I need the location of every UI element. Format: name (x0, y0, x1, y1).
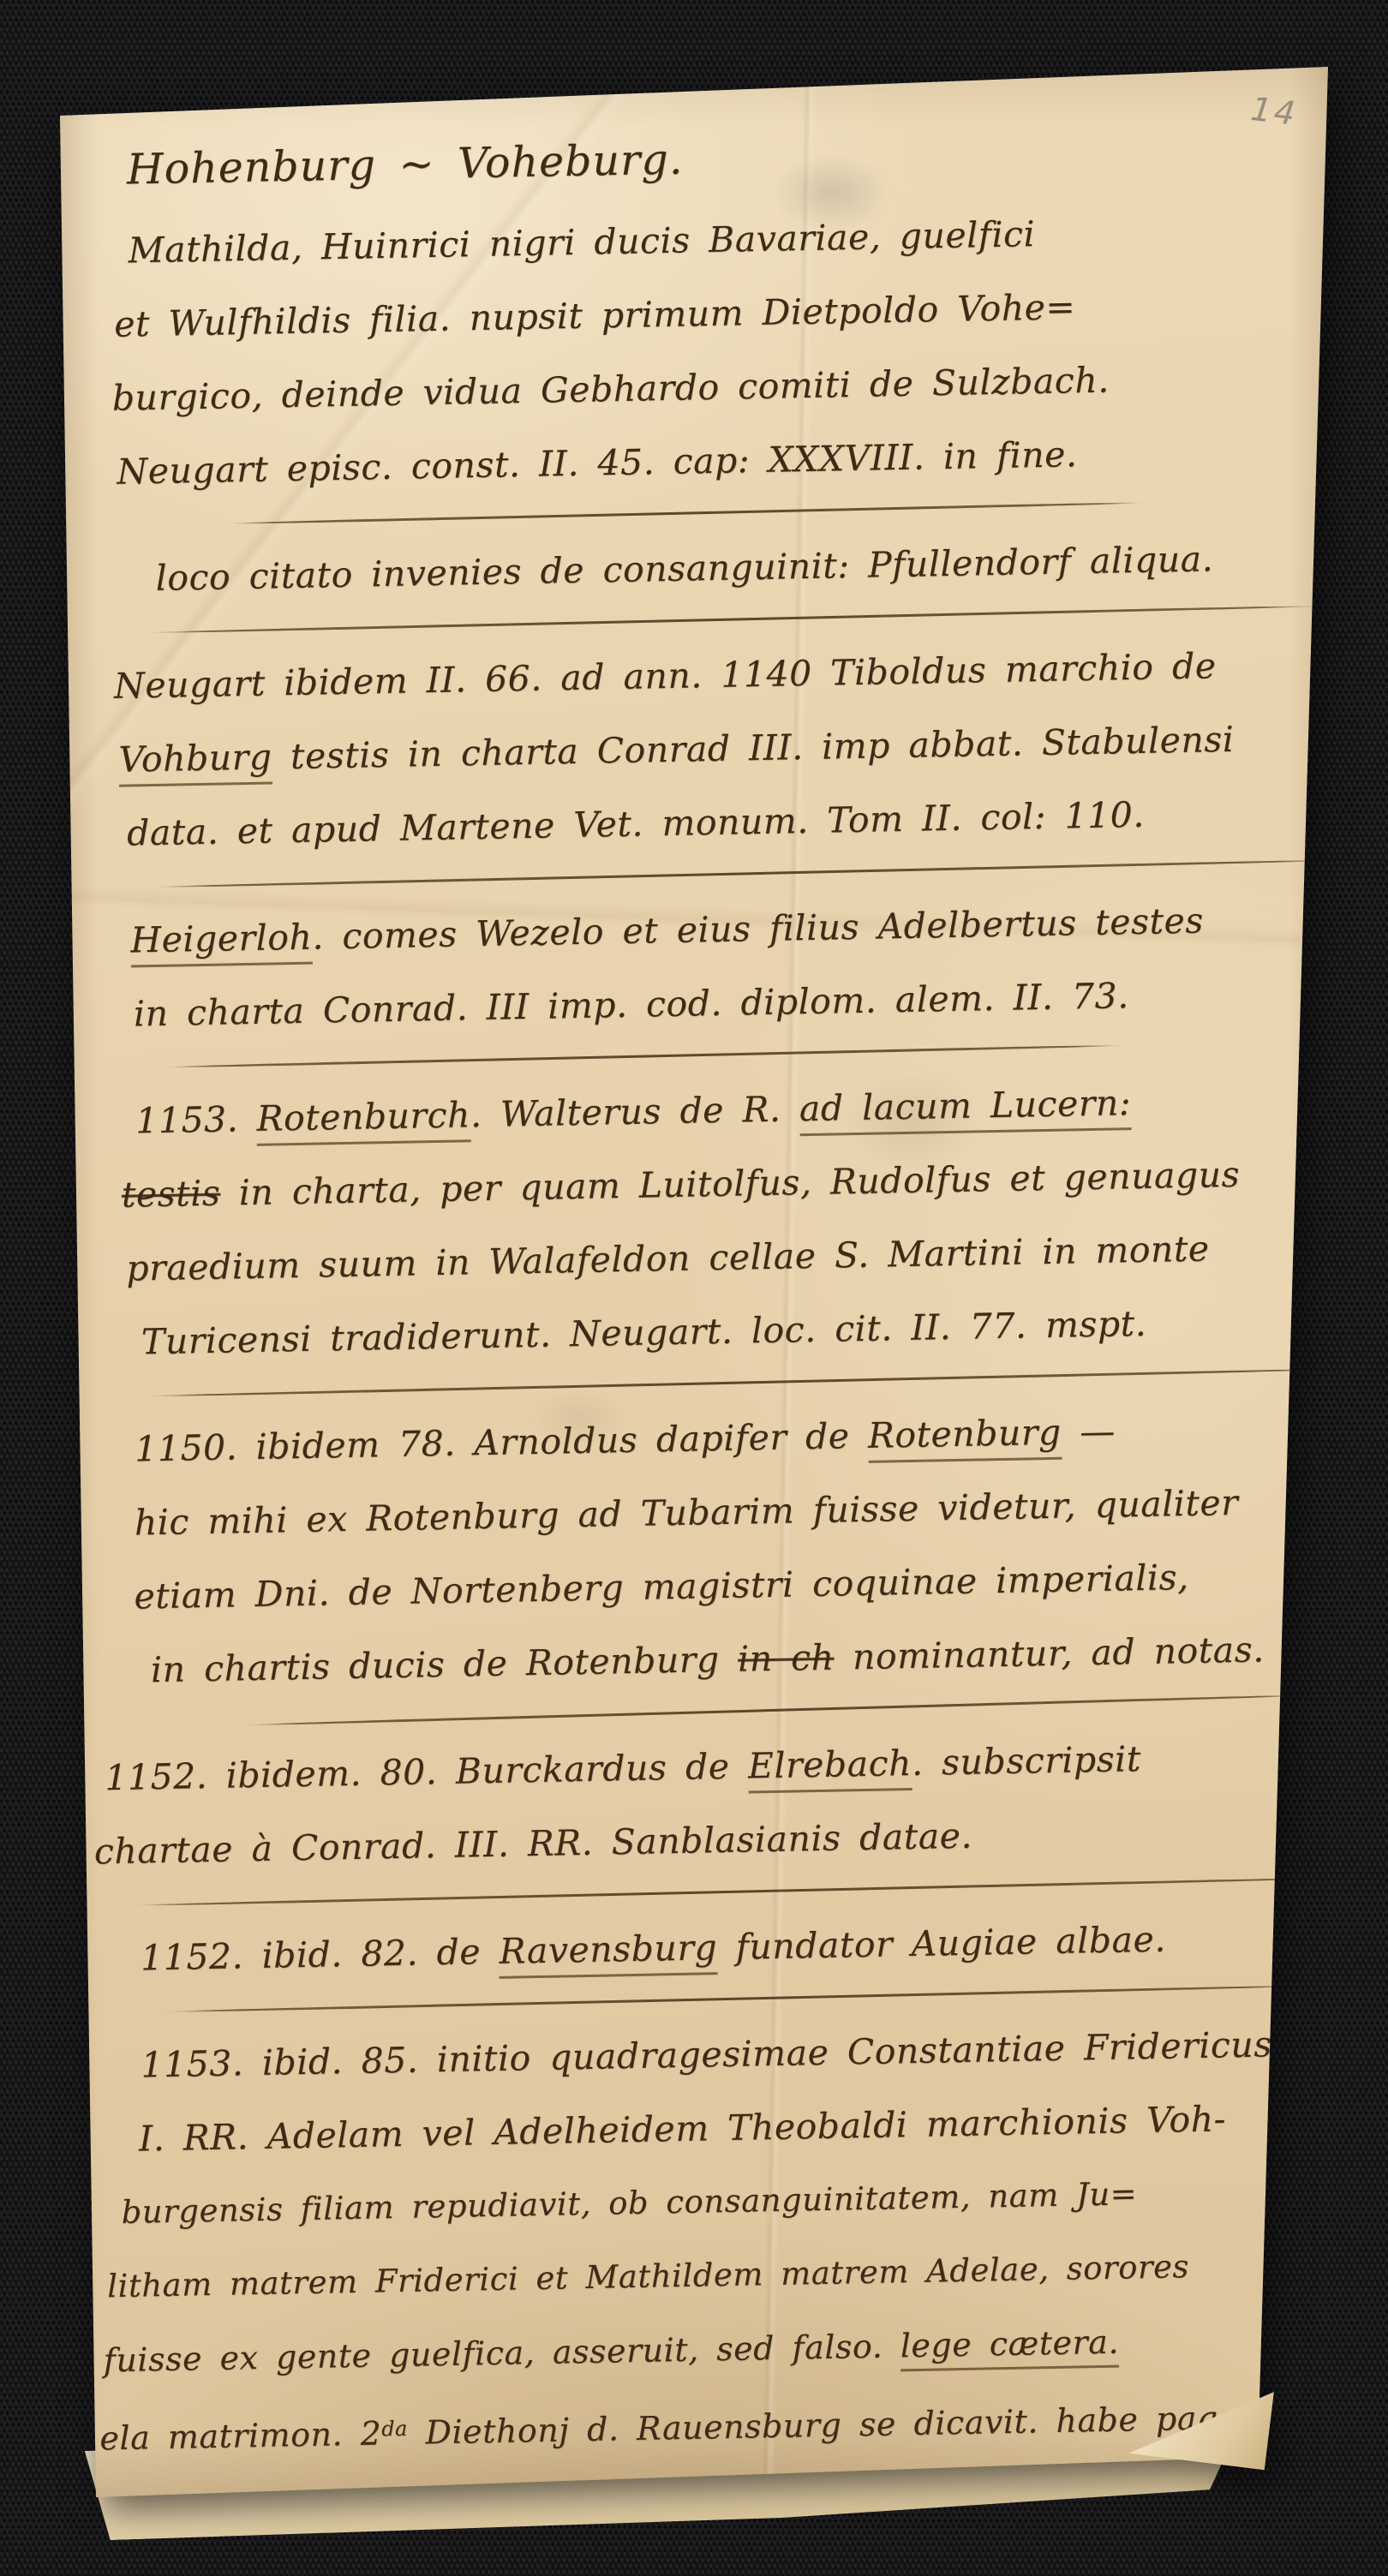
text-segment: da (381, 2417, 408, 2442)
text-segment: ela matrimon. 2 (99, 2414, 382, 2457)
text-segment: 1152. ibidem. 80. Burckardus de (105, 1745, 749, 1798)
paper-wrapper: 14 Hohenburg ~ Voheburg. Mathilda, Huinr… (0, 0, 1388, 2576)
text-section: 1150. ibidem 78. Arnoldus dapifer de Rot… (124, 1390, 1346, 1707)
text-segment: 1150. ibidem 78. Arnoldus dapifer de (135, 1415, 869, 1470)
text-segment: in ch (738, 1637, 835, 1680)
text-segment: — (1061, 1411, 1116, 1453)
text-segment: ad lacum Lucern: (799, 1082, 1131, 1136)
section-divider (165, 1044, 1124, 1068)
text-segment: Rotenburch (256, 1094, 470, 1146)
text-segment: in charta, per quam Luitolfus, Rudolfus … (220, 1154, 1241, 1214)
text-segment: Mathilda, Huinrici nigri ducis Bavariae,… (128, 213, 1035, 271)
text-segment: I. RR. Adelam vel Adelheidem Theobaldi m… (139, 2098, 1227, 2159)
text-segment: testis (121, 1173, 220, 1216)
text-section: 1152. ibid. 82. de Ravensburg fundator A… (133, 1899, 1350, 1995)
section-divider (227, 501, 1144, 524)
text-line: loco citato invenies de consanguinit: Pf… (155, 520, 1325, 615)
text-segment: Elrebach (748, 1742, 912, 1793)
text-segment: loco citato invenies de consanguinit: Pf… (155, 538, 1213, 599)
text-segment: fuisse ex gente guelfica, asseruit, sed … (103, 2327, 900, 2379)
text-segment: nominantur, ad notas. (834, 1629, 1265, 1677)
text-segment: in charta Conrad. III imp. cod. diplom. … (134, 975, 1130, 1034)
text-segment: chartae à Conrad. III. RR. Sanblasianis … (93, 1815, 972, 1873)
photo-background: 14 Hohenburg ~ Voheburg. Mathilda, Huinr… (0, 0, 1388, 2576)
manuscript-page: 14 Hohenburg ~ Voheburg. Mathilda, Huinr… (47, 51, 1341, 2536)
text-segment: litham matrem Friderici et Mathildem mat… (107, 2248, 1190, 2304)
sections-container: Mathilda, Huinrici nigri ducis Bavariae,… (102, 192, 1360, 2475)
text-section: 1153. Rotenburch. Walterus de R. ad lacu… (117, 1062, 1339, 1379)
text-segment: burgensis filiam repudiavit, ob consangu… (121, 2175, 1137, 2231)
text-section: Neugart ibidem II. 66. ad ann. 1140 Tibo… (110, 627, 1330, 870)
text-segment: burgico, deinde vidua Gebhardo comiti de… (111, 359, 1110, 418)
text-line: 1152. ibid. 82. de Ravensburg fundator A… (140, 1899, 1350, 1995)
text-segment: etiam Dni. de Nortenberg magistri coquin… (134, 1557, 1189, 1617)
text-segment: Rotenburg (868, 1412, 1062, 1463)
text-segment: Vohburg (118, 736, 272, 786)
text-segment: 1153. (135, 1098, 257, 1142)
text-segment: hic mihi ex Rotenburg ad Tubarim fuisse … (134, 1482, 1238, 1544)
text-segment: lege cætera. (900, 2323, 1119, 2372)
text-segment: praedium suum in Walafeldon cellae S. Ma… (126, 1228, 1210, 1289)
text-segment: Neugart episc. const. II. 45. cap: XXXVI… (117, 433, 1078, 493)
text-section: Mathilda, Huinrici nigri ducis Bavariae,… (102, 192, 1324, 509)
text-segment: 1153. ibid. 85. initio quadragesimae Con… (141, 2023, 1272, 2085)
text-segment: Turicensi tradiderunt. Neugart. loc. cit… (141, 1303, 1147, 1362)
text-segment: . Walterus de R. (470, 1088, 800, 1135)
text-segment: . subscripsit (912, 1738, 1142, 1784)
text-segment: 1152. ibid. 82. de (141, 1931, 500, 1979)
text-segment: data. et apud Martene Vet. monum. Tom II… (127, 794, 1146, 854)
text-section: 1152. ibidem. 80. Burckardus de Elrebach… (130, 1718, 1349, 1888)
text-segment: et Wulfhildis filia. nupsit primum Dietp… (114, 286, 1076, 345)
text-section: 1153. ibid. 85. initio quadragesimae Con… (135, 2006, 1360, 2475)
manuscript-text: Hohenburg ~ Voheburg. Mathilda, Huinrici… (100, 105, 1360, 2475)
text-segment: Ravensburg (499, 1927, 718, 1979)
text-segment: fundator Augiae albae. (717, 1919, 1166, 1969)
text-segment: Neugart ibidem II. 66. ad ann. 1140 Tibo… (114, 645, 1217, 707)
text-segment: in chartis ducis de Rotenburg (151, 1639, 739, 1691)
text-section: Heigerloh. comes Wezelo et eius filius A… (115, 882, 1334, 1051)
text-segment: testis in charta Conrad III. imp abbat. … (272, 719, 1235, 778)
text-section: loco citato invenies de consanguinit: Pf… (108, 520, 1325, 616)
text-segment: . comes Wezelo et eius filius Adelbertus… (312, 900, 1204, 958)
text-segment: Heigerloh (130, 917, 313, 968)
